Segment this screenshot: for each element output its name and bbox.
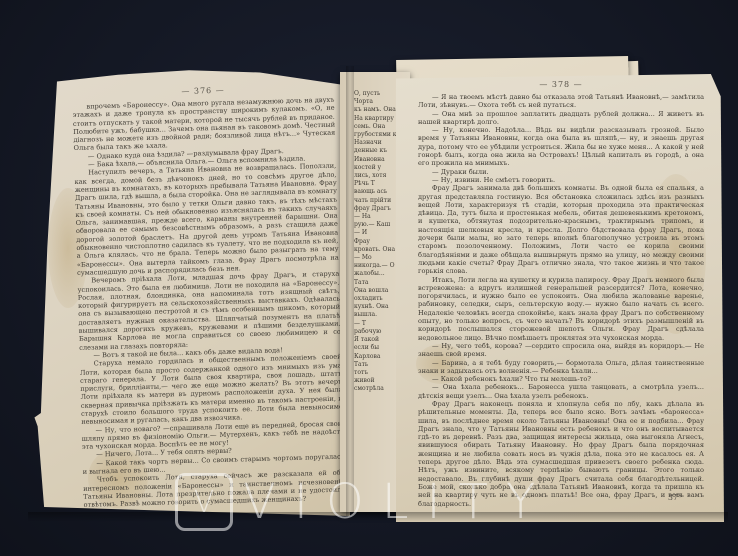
page-text: впрочемъ «Баронессу». Она много ругала н… bbox=[72, 96, 345, 510]
paragraph: впрочемъ «Баронессу». Она много ругала н… bbox=[72, 96, 335, 153]
paragraph: Наступилъ вечеръ, а Татьяна Ивановна не … bbox=[74, 162, 339, 277]
page-number: — 378 — bbox=[418, 80, 704, 89]
paragraph: — Дураки были. bbox=[418, 168, 704, 176]
paragraph: — Барина, а я тебѣ буду говорить,— бормо… bbox=[418, 359, 704, 376]
paragraph: Фрау Драгъ занимала двѣ большихъ комнаты… bbox=[418, 184, 704, 275]
paragraph: — Она мнѣ за прошлое заплатить двадцать … bbox=[418, 110, 704, 127]
left-page: — 376 — впрочемъ «Баронессу». Она много … bbox=[28, 68, 350, 516]
left-page-content: — 376 — впрочемъ «Баронессу». Она много … bbox=[72, 83, 346, 510]
paragraph: — Ну, конечно. Надоѣла... Вѣдь вы видѣли… bbox=[418, 126, 704, 167]
page-text: — Я на твоемъ мѣстѣ давно бы отказала эт… bbox=[418, 93, 704, 508]
paragraph: Итакъ, Лоти легла на кушетку и курила па… bbox=[418, 276, 704, 342]
right-page: — 378 — — Я на твоемъ мѣстѣ давно бы отк… bbox=[396, 74, 724, 522]
paragraph: Старуха немало гордилась и общественнымъ… bbox=[80, 353, 344, 427]
right-page-content: — 378 — — Я на твоемъ мѣстѣ давно бы отк… bbox=[418, 80, 704, 508]
paragraph: Вечеромъ пріѣхала Лоти, младшая дочь фра… bbox=[77, 270, 341, 352]
watermark: V VIOLITY bbox=[175, 470, 695, 534]
watermark-text: VIOLITY bbox=[243, 474, 553, 530]
book-spine bbox=[346, 66, 354, 516]
paragraph: — Ну, чего тебѣ, корова? —сердито спроси… bbox=[418, 342, 704, 359]
paragraph: — Она ѣхала ребенокъ... Баронесса ушла т… bbox=[418, 383, 704, 400]
paragraph: — Ну, извини. Не смѣетъ говорить. bbox=[418, 176, 704, 184]
paragraph: — Я на твоемъ мѣстѣ давно бы отказала эт… bbox=[418, 93, 704, 110]
paragraph: — Какой ребенокъ ѣхали? Что ты мелешь-то… bbox=[418, 375, 704, 383]
watermark-logo-icon: V bbox=[175, 473, 233, 531]
